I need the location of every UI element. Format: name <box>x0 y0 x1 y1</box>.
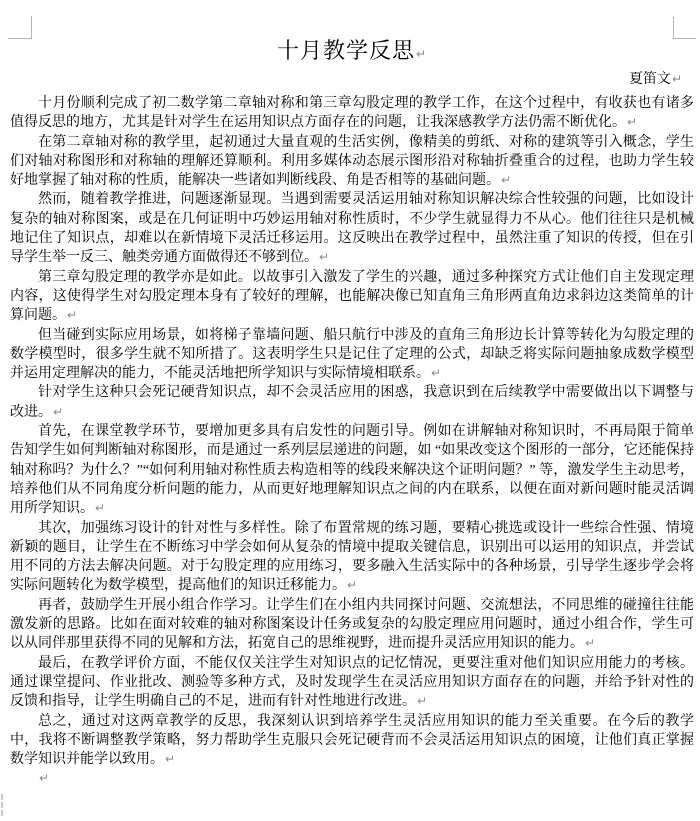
paragraph-text: 总之，通过对这两章教学的反思，我深刻认识到培养学生灵活应用知识的能力至关重要。在… <box>10 714 694 768</box>
paragraph-text: 十月份顺利完成了初二数学第二章轴对称和第三章勾股定理的教学工作，在这个过程中，有… <box>10 96 694 130</box>
body-paragraph[interactable]: 最后，在教学评价方面，不能仅仅关注学生对知识点的记忆情况，更要注重对他们知识应用… <box>10 654 694 712</box>
paragraph-text: 第三章勾股定理的教学亦是如此。以故事引入激发了学生的兴趣，通过多种探究方式让他们… <box>10 270 694 324</box>
paragraph-mark-icon: ↵ <box>671 72 682 86</box>
body-paragraph[interactable]: 然而，随着教学推进，问题逐渐显现。当遇到需要灵活运用轴对称知识解决综合性较强的问… <box>10 190 694 267</box>
body-paragraph[interactable]: 其次，加强练习设计的针对性与多样性。除了布置常规的练习题，要精心挑选或设计一些综… <box>10 519 694 596</box>
body-paragraph[interactable]: 首先，在课堂教学环节，要增加更多具有启发性的问题引导。例如在讲解轴对称知识时，不… <box>10 422 694 518</box>
document-page: 十月教学反思↵ 夏笛文↵ 十月份顺利完成了初二数学第二章轴对称和第三章勾股定理的… <box>0 0 700 821</box>
paragraph-text: 然而，随着教学推进，问题逐渐显现。当遇到需要灵活运用轴对称知识解决综合性较强的问… <box>10 192 694 265</box>
body-paragraph[interactable]: 但当碰到实际应用场景，如将梯子靠墙问题、船只航行中涉及的直角三角形边长计算等转化… <box>10 326 694 384</box>
body-paragraph[interactable]: 再者，鼓励学生开展小组合作学习。让学生们在小组内共同探讨问题、交流想法，不同思维… <box>10 596 694 654</box>
document-title-text: 十月教学反思 <box>277 38 415 63</box>
paragraph-text: 在第二章轴对称的教学里，起初通过大量直观的生活实例，像精美的剪纸、对称的建筑等引… <box>10 135 694 189</box>
paragraph-text: 最后，在教学评价方面，不能仅仅关注学生对知识点的记忆情况，更要注重对他们知识应用… <box>10 656 694 710</box>
paragraph-text: 首先，在课堂教学环节，要增加更多具有启发性的问题引导。例如在讲解轴对称知识时，不… <box>10 424 694 516</box>
author-name: 夏笛文 <box>629 72 671 87</box>
paragraph-mark-icon: ↵ <box>416 694 427 708</box>
margin-crop-mark-top-right-icon <box>673 17 696 39</box>
text-edit-area[interactable]: 十月教学反思↵ 夏笛文↵ 十月份顺利完成了初二数学第二章轴对称和第三章勾股定理的… <box>10 38 694 789</box>
paragraph-mark-icon: ↵ <box>94 501 105 515</box>
body-paragraph[interactable]: 总之，通过对这两章教学的反思，我深刻认识到培养学生灵活应用知识的能力至关重要。在… <box>10 712 694 770</box>
margin-crop-mark-top-left-icon <box>8 16 32 39</box>
body-paragraph[interactable]: 第三章勾股定理的教学亦是如此。以故事引入激发了学生的兴趣，通过多种探究方式让他们… <box>10 268 694 326</box>
paragraph-mark-icon: ↵ <box>164 752 175 766</box>
document-title[interactable]: 十月教学反思↵ <box>10 38 694 67</box>
paragraph-mark-icon: ↵ <box>38 771 49 785</box>
body-paragraph[interactable]: 十月份顺利完成了初二数学第二章轴对称和第三章勾股定理的教学工作，在这个过程中，有… <box>10 94 694 133</box>
paragraph-mark-icon: ↵ <box>415 47 427 61</box>
paragraph-mark-icon: ↵ <box>500 173 511 187</box>
paragraph-text: 针对学生这种只会死记硬背知识点，却不会灵活应用的困惑，我意识到在后续教学中需要做… <box>10 385 694 419</box>
body-paragraph[interactable]: 针对学生这种只会死记硬背知识点，却不会灵活应用的困惑，我意识到在后续教学中需要做… <box>10 383 694 422</box>
paragraph-mark-icon: ↵ <box>66 308 77 322</box>
paragraph-mark-icon: ↵ <box>430 366 441 380</box>
page-edge-dash-mark-icon <box>1 794 3 816</box>
paragraph-mark-icon: ↵ <box>626 115 637 129</box>
document-body: 十月份顺利完成了初二数学第二章轴对称和第三章勾股定理的教学工作，在这个过程中，有… <box>10 94 694 769</box>
author-line[interactable]: 夏笛文↵ <box>10 70 682 89</box>
paragraph-mark-icon: ↵ <box>52 405 63 419</box>
paragraph-mark-icon: ↵ <box>318 250 329 264</box>
body-paragraph[interactable]: 在第二章轴对称的教学里，起初通过大量直观的生活实例，像精美的剪纸、对称的建筑等引… <box>10 133 694 191</box>
empty-paragraph[interactable]: ↵ <box>10 769 694 788</box>
paragraph-mark-icon: ↵ <box>346 578 357 592</box>
paragraph-mark-icon: ↵ <box>584 636 595 650</box>
paragraph-text: 但当碰到实际应用场景，如将梯子靠墙问题、船只航行中涉及的直角三角形边长计算等转化… <box>10 328 694 382</box>
